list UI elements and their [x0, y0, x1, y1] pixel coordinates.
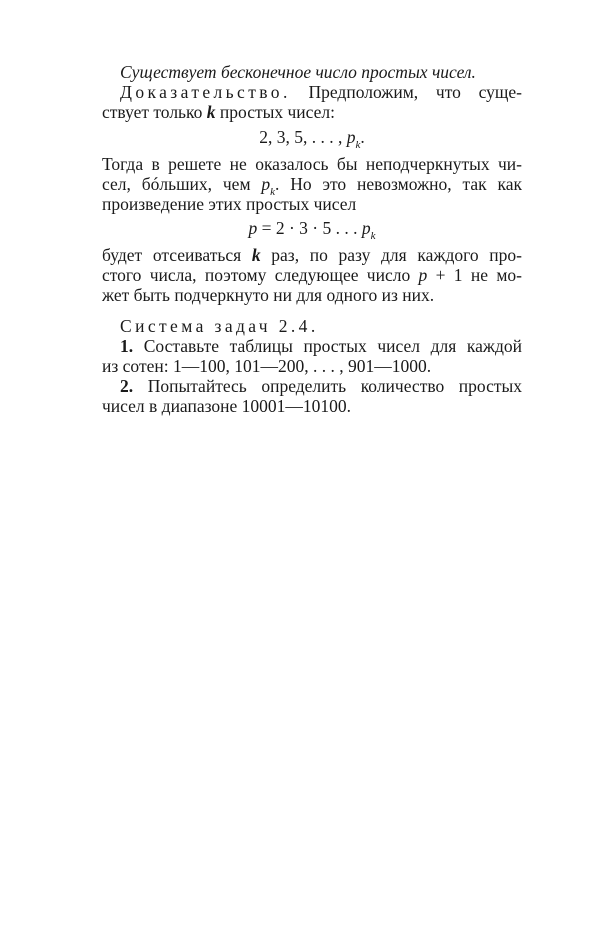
formula-text: 2, 3, 5, . . . , [259, 127, 347, 147]
proof-line-5: произведение этих простых чисел [102, 194, 522, 214]
proof-line-7: стого числа, поэтому следующее число p +… [102, 265, 522, 285]
text-run: ствует только [102, 102, 207, 122]
problem-1-line-2: из сотен: 1—100, 101—200, . . . , 901—10… [102, 356, 522, 376]
subscript-k: k [371, 230, 376, 242]
var-k: k [252, 245, 261, 265]
problem-number: 1. [120, 336, 133, 356]
proof-line-2: ствует только k простых чисел: [102, 102, 522, 122]
problem-text: Составьте таблицы простых чисел для кажд… [144, 336, 522, 356]
var-k: k [207, 102, 216, 122]
problem-2-line-1: 2. Попытайтесь определить количество про… [102, 376, 522, 396]
problem-number: 2. [120, 376, 133, 396]
theorem-statement: Существует бесконечное число простых чис… [102, 62, 522, 82]
formula-text: = 2 · 3 · 5 . . . [257, 218, 362, 238]
var-p: p [362, 218, 371, 238]
formula-text: . [360, 127, 364, 147]
text-run: стого числа, поэтому следующее число [102, 265, 419, 285]
text-run: сел, бóльших, чем [102, 174, 261, 194]
proof-label: Доказательство. [120, 82, 291, 102]
problem-text: Попытайтесь определить количество просты… [148, 376, 522, 396]
proof-line-8: жет быть подчеркнуто ни для одного из ни… [102, 285, 522, 305]
text-run: . Но это невозможно, так как [275, 174, 522, 194]
problem-1-line-1: 1. Составьте таблицы простых чисел для к… [102, 336, 522, 356]
proof-line-1: Доказательство. Предположим, что суще- [102, 82, 522, 102]
var-p: p [248, 218, 257, 238]
formula-primes-list: 2, 3, 5, . . . , pk. [102, 127, 522, 155]
text-run: простых чисел: [216, 102, 335, 122]
var-p: p [261, 174, 270, 194]
proof-line-3: Тогда в решете не оказалось бы неподчерк… [102, 154, 522, 174]
text-run: + 1 не мо- [427, 265, 522, 285]
proof-text: Предположим, что суще- [309, 82, 523, 102]
proof-line-6: будет отсеиваться k раз, по разу для каж… [102, 245, 522, 265]
text-run: раз, по разу для каждого про- [261, 245, 522, 265]
problem-2-line-2: чисел в диапазоне 10001—10100. [102, 396, 522, 416]
formula-product: p = 2 · 3 · 5 . . . pk [102, 218, 522, 246]
text-run: будет отсеиваться [102, 245, 252, 265]
problems-heading: Система задач 2.4. [102, 316, 522, 336]
var-p: p [419, 265, 428, 285]
